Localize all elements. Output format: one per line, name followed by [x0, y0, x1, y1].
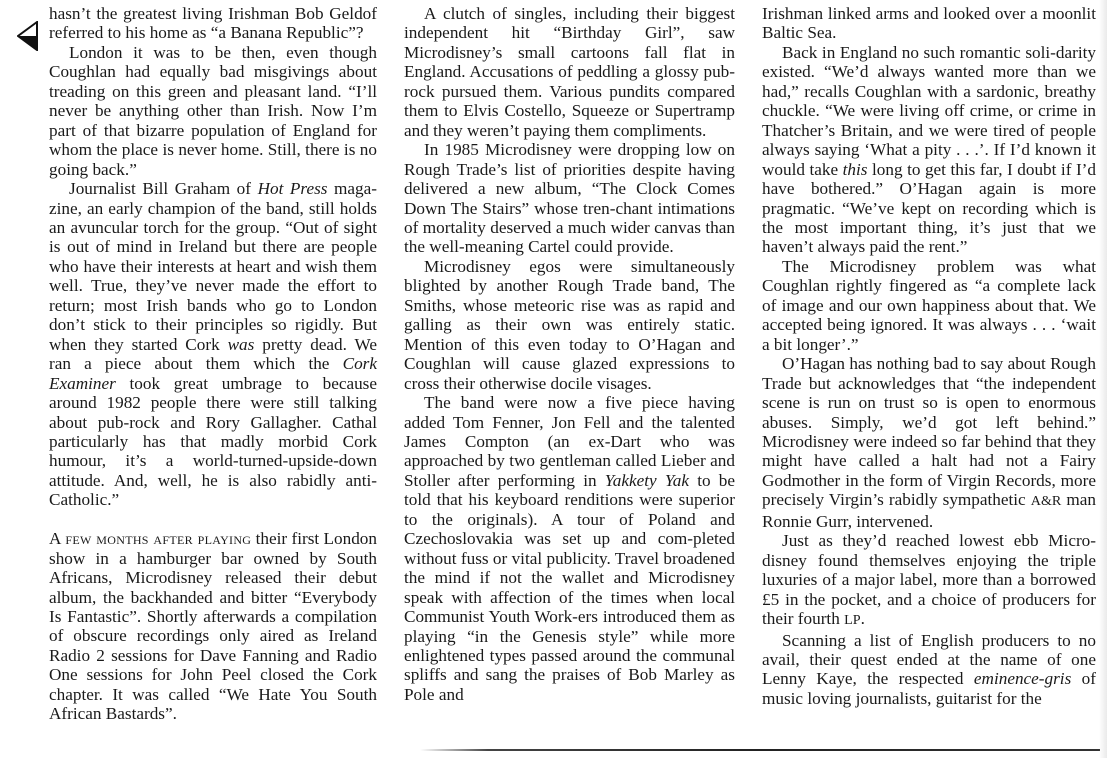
text-run: Irishman linked arms and looked over a m… [762, 4, 1096, 42]
text-run: took great umbrage to because around 198… [49, 374, 377, 510]
section-opening-paragraph: A few months after playing their first L… [49, 529, 377, 724]
emphasis-eminence-gris: eminence-gris [974, 669, 1071, 688]
text-run: A clutch of singles, including their big… [404, 4, 735, 140]
text-run: . [861, 609, 865, 628]
article-column-2: A clutch of singles, including their big… [404, 4, 735, 704]
paragraph: Back in England no such romantic soli-da… [762, 43, 1096, 257]
text-run: hasn’t the greatest living Irishman Bob … [49, 4, 377, 42]
text-run: London it was to be then, even though Co… [49, 43, 377, 179]
magazine-page: hasn’t the greatest living Irishman Bob … [0, 0, 1107, 758]
small-caps-lead-in: A few months after playing [49, 529, 251, 548]
paragraph: The band were now a five piece having ad… [404, 393, 735, 704]
text-run: maga-zine, an early champion of the band… [49, 179, 377, 354]
emphasis-this: this [843, 160, 868, 179]
text-run: Just as they’d reached lowest ebb Micro-… [762, 531, 1096, 628]
page-edge-shadow [1099, 0, 1107, 758]
article-column-3: Irishman linked arms and looked over a m… [762, 4, 1096, 708]
paragraph: O’Hagan has nothing bad to say about Rou… [762, 354, 1096, 531]
paragraph: Just as they’d reached lowest ebb Micro-… [762, 531, 1096, 630]
paragraph: Irishman linked arms and looked over a m… [762, 4, 1096, 43]
text-run: The Microdisney problem was what Coughla… [762, 257, 1096, 354]
article-column-1: hasn’t the greatest living Irishman Bob … [49, 4, 377, 724]
text-run: O’Hagan has nothing bad to say about Rou… [762, 354, 1096, 509]
text-run: Back in England no such romantic soli-da… [762, 43, 1096, 179]
paragraph: The Microdisney problem was what Coughla… [762, 257, 1096, 354]
text-run: In 1985 Microdisney were dropping low on… [404, 140, 735, 256]
bottom-page-rule [420, 749, 1100, 751]
publication-title-hot-press: Hot Press [258, 179, 328, 198]
abbreviation-a-and-r: A&R [1031, 493, 1062, 509]
paragraph: Journalist Bill Graham of Hot Press maga… [49, 179, 377, 510]
emphasis-was: was [228, 335, 255, 354]
song-title-yakkety-yak: Yakkety Yak [605, 471, 689, 490]
paragraph: A clutch of singles, including their big… [404, 4, 735, 140]
abbreviation-lp: LP [844, 612, 860, 628]
text-run: Journalist Bill Graham of [69, 179, 258, 198]
paragraph: Scanning a list of English producers to … [762, 631, 1096, 709]
paragraph: Microdisney egos were simultaneously bli… [404, 257, 735, 393]
paragraph: In 1985 Microdisney were dropping low on… [404, 140, 735, 257]
paragraph: London it was to be then, even though Co… [49, 43, 377, 179]
text-run: to be told that his keyboard renditions … [404, 471, 735, 704]
previous-page-arrow-icon[interactable] [17, 21, 39, 51]
text-run: their first London show in a hamburger b… [49, 529, 377, 723]
text-run: Microdisney egos were simultaneously bli… [404, 257, 735, 393]
paragraph: hasn’t the greatest living Irishman Bob … [49, 4, 377, 43]
